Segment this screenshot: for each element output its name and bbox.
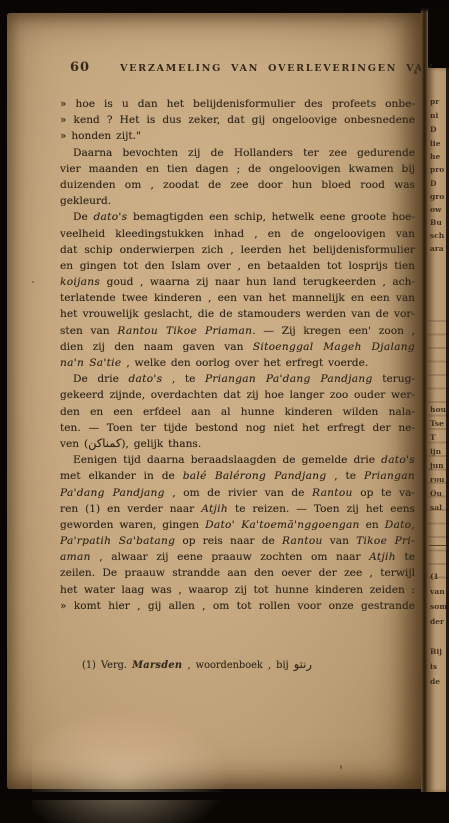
body-line: ren (1) en verder naar Atjih te reizen. … — [60, 501, 415, 517]
facing-page-text-fragment: Ou — [430, 490, 442, 498]
body-line: sten van Rantou Tikoe Priaman. — Zij kre… — [60, 323, 415, 339]
body-line: den en een erfdeel aan al hunne kinderen… — [60, 404, 415, 420]
body-line: dat schip onderwierpen zich , leerden he… — [60, 242, 415, 258]
body-line: het water laag was , waarop zij tot hunn… — [60, 582, 415, 598]
body-line: koijans goud , waarna zij naar hun land … — [60, 274, 415, 290]
facing-page-text-fragment: ni — [430, 112, 438, 120]
body-line: met elkander in de balé Balérong Pandjan… — [60, 468, 415, 484]
body-line: veelheid kleedingstukken inhad , en de o… — [60, 226, 415, 242]
facing-page-text-fragment: ijn — [430, 448, 441, 456]
body-line: Pa'dang Pandjang , om de rivier van de R… — [60, 485, 415, 501]
facing-page-text-fragment: lie — [430, 140, 440, 148]
paper-stain — [32, 708, 232, 800]
paper-stain — [55, 701, 205, 771]
book-photo: 60 VERZAMELING VAN OVERLEVERINGEN VAN » … — [0, 0, 449, 800]
body-line: vier maanden en tien dagen ; de ongeloov… — [60, 161, 415, 177]
running-header-row: 60 VERZAMELING VAN OVERLEVERINGEN VAN — [58, 60, 416, 78]
ink-speck — [340, 765, 342, 769]
body-line: het vrouwelijk geslacht, die de stamoude… — [60, 306, 415, 322]
body-line: duizenden om , zoodat de zee door hun bl… — [60, 177, 415, 193]
photo-edge-top — [0, 0, 449, 13]
running-header: VERZAMELING VAN OVERLEVERINGEN VAN — [120, 63, 408, 74]
facing-page-footnote-rule — [429, 545, 446, 546]
body-line: na'n Sa'tie , welke den oorlog over het … — [60, 355, 415, 371]
body-line: » honden zijt." — [60, 128, 415, 144]
photo-edge-bottom — [0, 792, 449, 800]
facing-page-text-fragment: pr — [430, 98, 439, 106]
facing-page-text-fragment: T — [430, 434, 436, 442]
body-line: geworden waren, gingen Dato' Ka'toemă'ng… — [60, 517, 415, 533]
facing-page-text-fragment: der — [430, 618, 444, 626]
body-line: Daarna bevochten zij de Hollanders ter z… — [60, 145, 415, 161]
facing-page-text-fragment: gro — [430, 193, 444, 201]
page-number: 60 — [70, 60, 90, 75]
body-line: ten. — Toen ter tijde bestond nog niet h… — [60, 420, 415, 436]
ink-speck — [32, 281, 34, 283]
body-line: gekeerd zijnde, overdachten dat zij hoe … — [60, 387, 415, 403]
book-gutter-crease — [421, 8, 428, 796]
footnote: (1) Verg. Marsden , woordenboek , bij رن… — [82, 659, 412, 671]
facing-page-text-fragment: rou — [430, 476, 444, 484]
body-line: Pa'rpatih Sa'batang op reis naar de Rant… — [60, 533, 415, 549]
facing-page-text-fragment: (1 — [430, 573, 439, 581]
body-text: » hoe is u dan het belijdenisformulier d… — [60, 96, 415, 614]
body-line: en gingen tot den Islam over , en betaal… — [60, 258, 415, 274]
facing-page-text-fragment: jun — [430, 462, 444, 470]
body-line: zeilen. De praauw strandde aan den oever… — [60, 565, 415, 581]
body-line: terlatende twee kinderen , een van het m… — [60, 290, 415, 306]
facing-page-text-fragment: Bu — [430, 219, 442, 227]
body-line: dien zij den naam gaven van Sitoenggal M… — [60, 339, 415, 355]
facing-page-text-fragment: ow — [430, 206, 441, 214]
facing-page-text-fragment: hou — [430, 406, 446, 414]
facing-page-text-fragment: D — [430, 180, 437, 188]
facing-page-text-fragment: de — [430, 678, 440, 686]
facing-page-text-fragment: som — [430, 603, 447, 611]
body-line: De dato's bemagtigden een schip, hetwelk… — [60, 209, 415, 225]
body-line: aman , alwaar zij eene praauw zochten om… — [60, 549, 415, 565]
body-line: ven (كمناكن), gelijk thans. — [60, 436, 415, 452]
body-line: » kend ? Het is dus zeker, dat gij ongel… — [60, 112, 415, 128]
facing-page-text-fragment: sal — [430, 504, 442, 512]
facing-page-text-fragment: van — [430, 588, 445, 596]
footnote-text: (1) Verg. Marsden , woordenboek , bij رن… — [82, 660, 312, 671]
body-line: De drie dato's , te Priangan Pa'dang Pan… — [60, 371, 415, 387]
facing-page-text-fragment: ara — [430, 245, 444, 253]
body-line: Eenigen tijd daarna beraadslaagden de ge… — [60, 452, 415, 468]
facing-page-text-fragment: sch — [430, 232, 444, 240]
facing-page-text-fragment: Tse — [430, 420, 444, 428]
facing-page-text-fragment: pro — [430, 166, 444, 174]
body-line: » komt hier , gij allen , om tot rollen … — [60, 598, 415, 614]
facing-page-text-fragment: Bij — [430, 648, 442, 656]
facing-page-text-fragment: he — [430, 153, 440, 161]
body-line: » hoe is u dan het belijdenisformulier d… — [60, 96, 415, 112]
facing-page-text-fragment: is — [430, 663, 437, 671]
photo-edge-left — [0, 0, 7, 800]
facing-page-text-fragment: D — [430, 126, 437, 134]
body-line: gekleurd. — [60, 193, 415, 209]
